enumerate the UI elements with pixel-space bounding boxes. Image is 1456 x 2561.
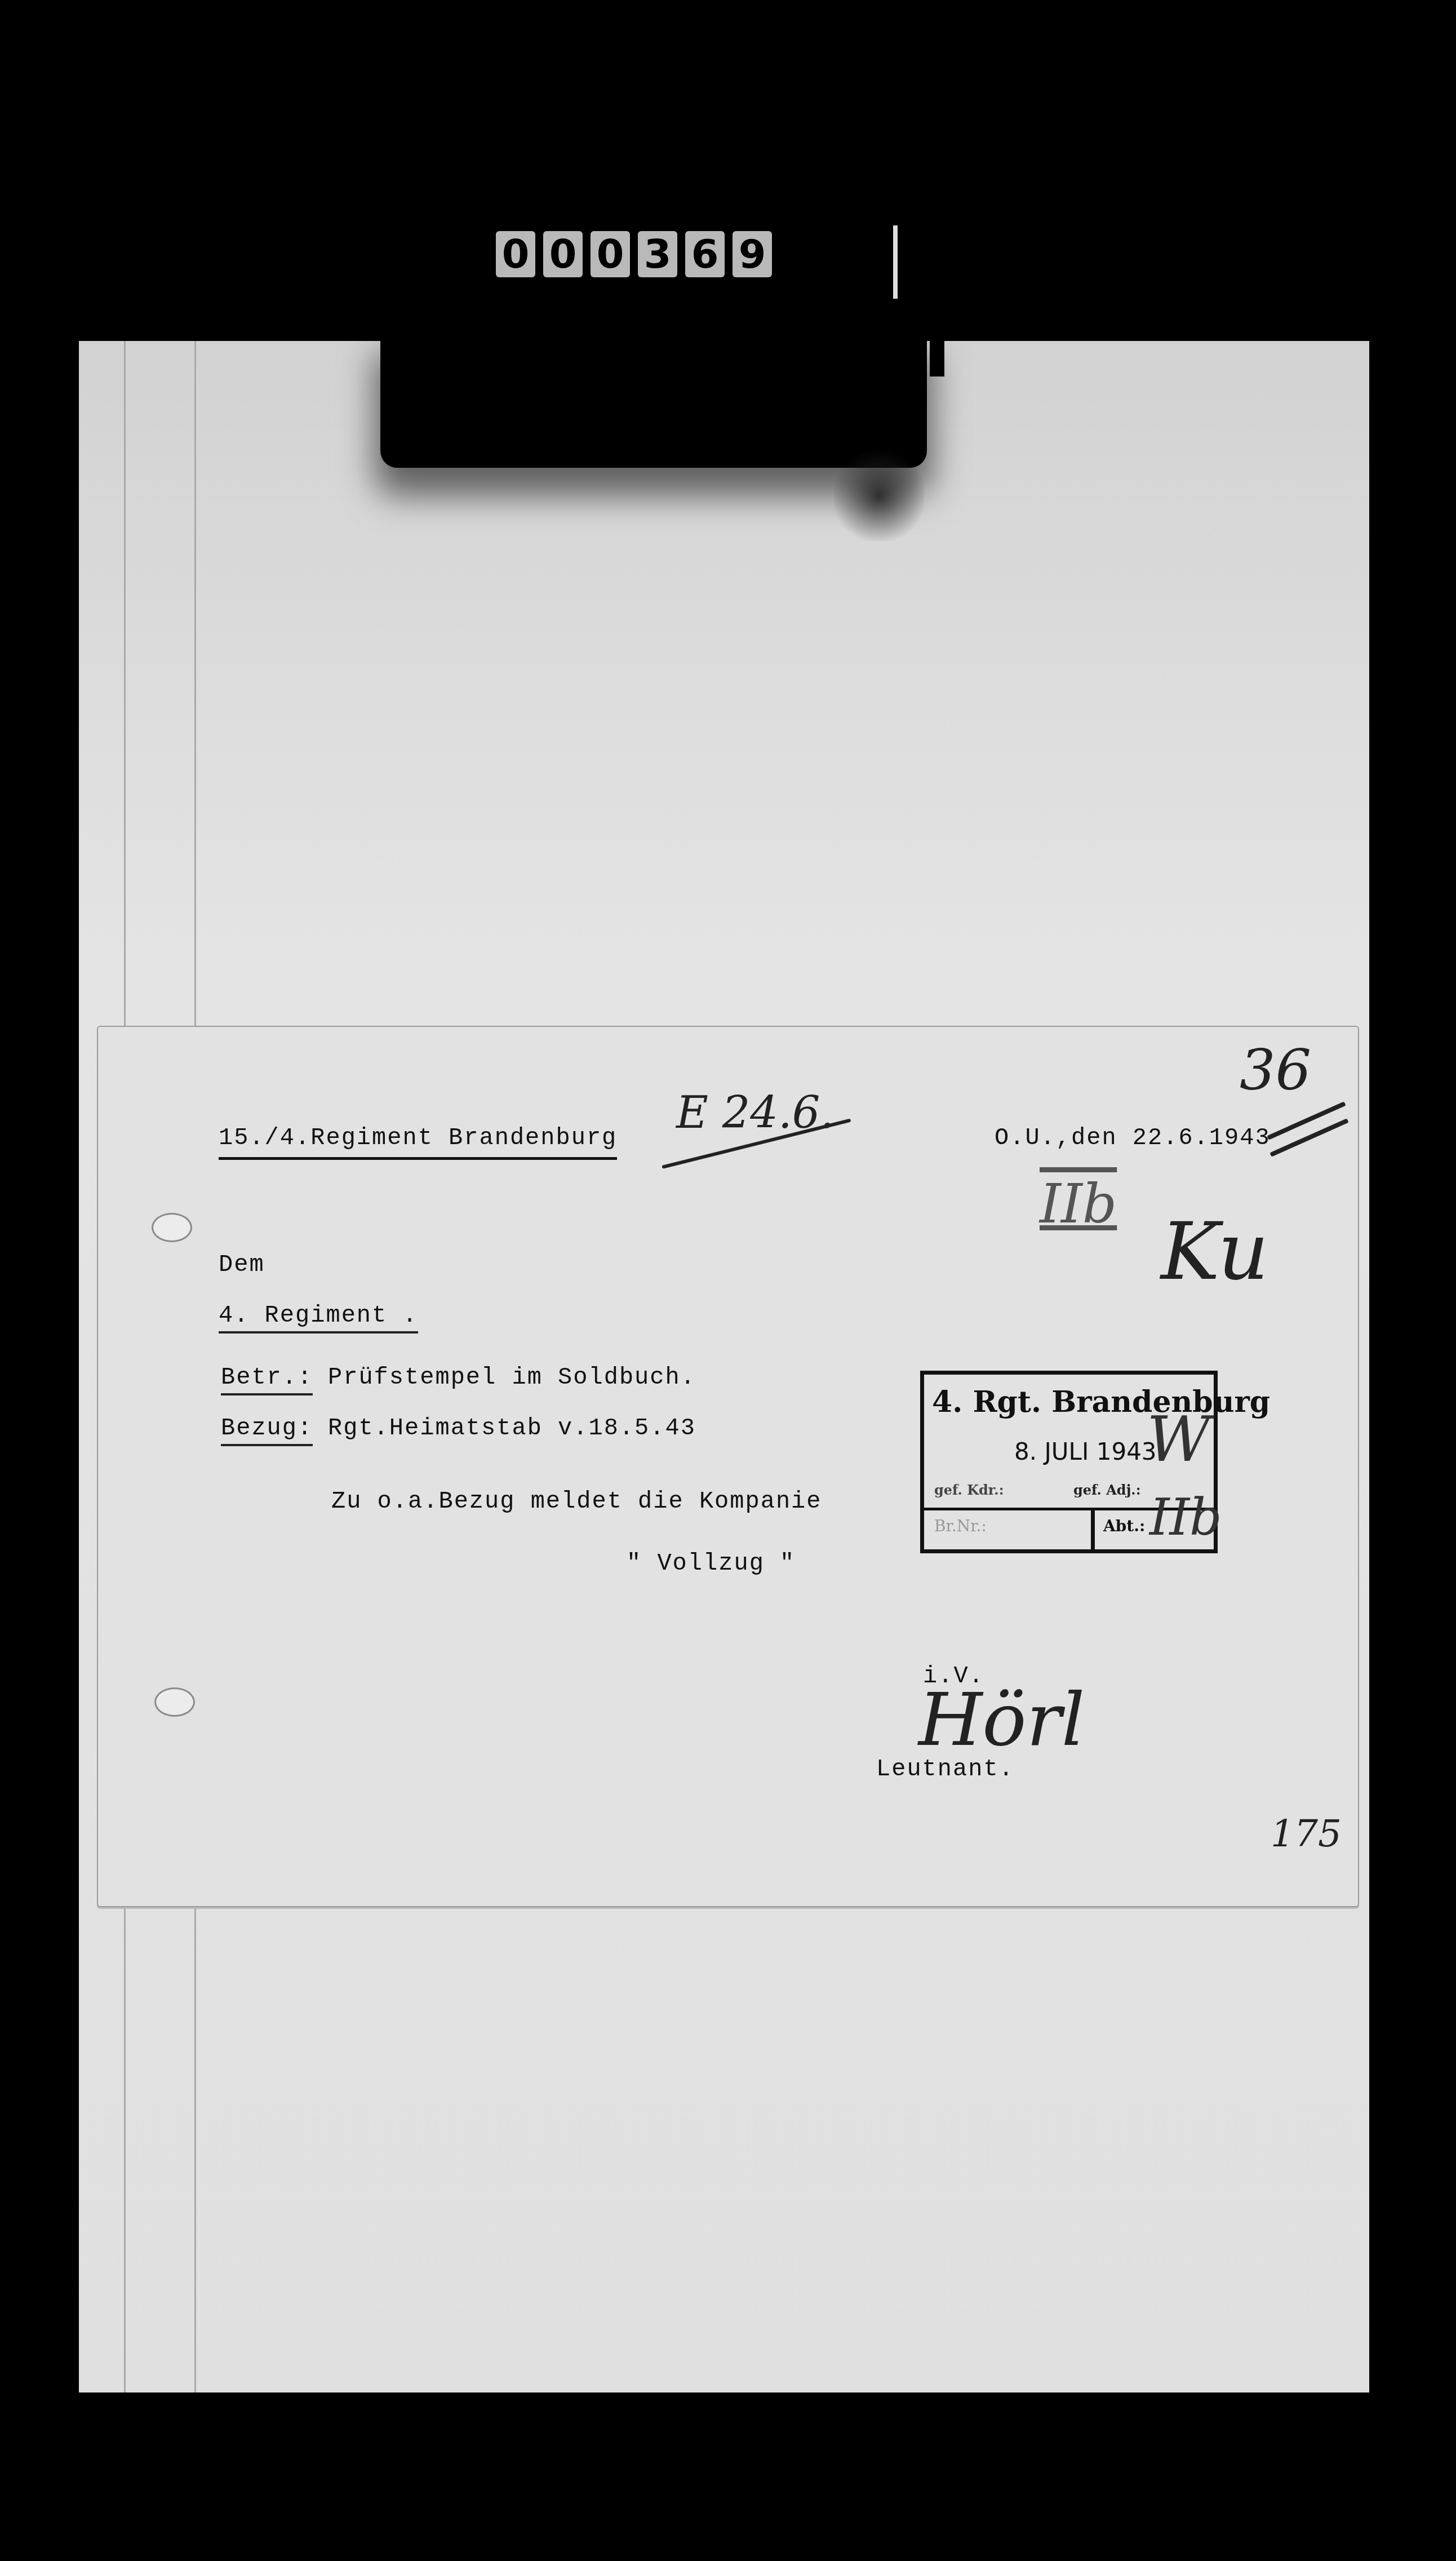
- film-frame-counter: 0 0 0 3 6 9: [496, 231, 772, 277]
- body-line: Zu o.a.Bezug meldet die Kompanie: [331, 1488, 822, 1515]
- counter-digit: 0: [543, 231, 583, 277]
- punch-hole: [154, 1687, 195, 1717]
- folio-number: 175: [1271, 1812, 1342, 1855]
- stamp-date: 8. JULI 1943: [1014, 1438, 1157, 1465]
- counter-digit: 3: [638, 231, 677, 277]
- body-line-quote: " Vollzug ": [627, 1550, 795, 1577]
- stamp-field-label: gef. Adj.:: [1073, 1482, 1141, 1498]
- counter-rail: [893, 225, 898, 299]
- ink-stain: [834, 451, 924, 541]
- stamp-handwritten-initial: W: [1147, 1403, 1210, 1476]
- counter-digit: 0: [591, 231, 630, 277]
- stamp-field-label: Br.Nr.:: [934, 1517, 987, 1535]
- signature-rank: Leutnant.: [876, 1756, 1014, 1783]
- counter-digit: 6: [685, 231, 725, 277]
- punch-hole: [152, 1213, 192, 1242]
- stamp-divider: [1091, 1508, 1095, 1549]
- stamp-field-label: gef. Kdr.:: [934, 1482, 1004, 1498]
- signature: Hörl: [918, 1677, 1085, 1762]
- stamp-title: 4. Rgt. Brandenburg: [932, 1385, 1270, 1419]
- handwritten-department: IIb: [1040, 1172, 1117, 1235]
- reference-label: Bezug:: [221, 1415, 313, 1446]
- stamp-handwritten-department: IIb: [1149, 1488, 1222, 1547]
- stamp-field-label: Abt.:: [1103, 1517, 1145, 1535]
- place-date: O.U.,den 22.6.1943: [995, 1124, 1271, 1151]
- subject-text: Prüfstempel im Soldbuch.: [328, 1364, 696, 1391]
- counter-digit: 0: [496, 231, 535, 277]
- handwritten-initials: Ku: [1161, 1206, 1269, 1298]
- binder-clip: [380, 337, 927, 468]
- sender-unit: 15./4.Regiment Brandenburg: [219, 1124, 617, 1160]
- binder-clip-tab: [930, 337, 944, 376]
- reference-text: Rgt.Heimatstab v.18.5.43: [328, 1415, 696, 1442]
- recipient: 4. Regiment .: [219, 1302, 418, 1333]
- handwritten-file-number: 36: [1240, 1037, 1311, 1103]
- counter-digit: 9: [733, 231, 772, 277]
- subject-label: Betr.:: [221, 1364, 313, 1395]
- recipient-salutation: Dem: [219, 1251, 265, 1278]
